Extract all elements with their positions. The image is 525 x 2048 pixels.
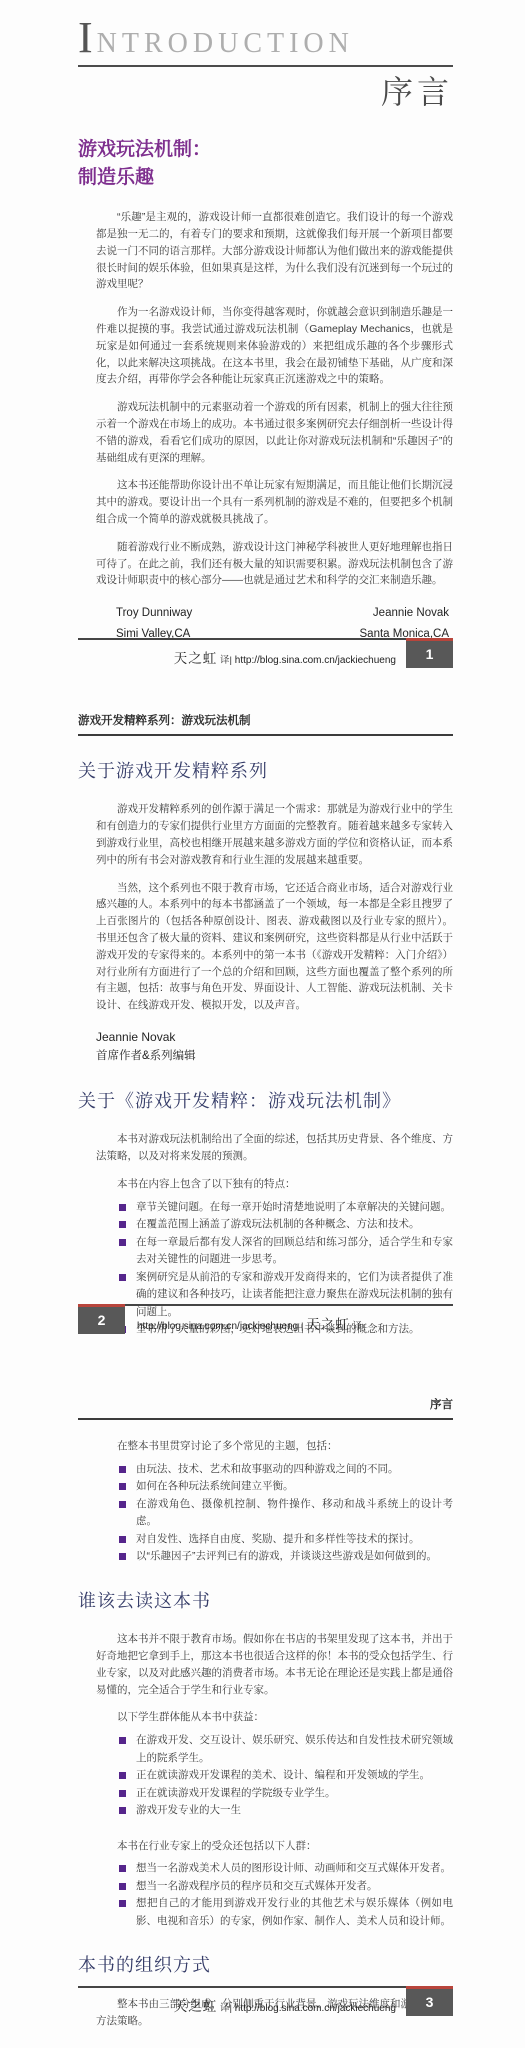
bullet-square-icon [119,1239,126,1246]
bullet-text: 在游戏角色、摄像机控制、物件操作、移动和战斗系统上的设计考虑。 [136,1498,453,1528]
bullet-text: 想当一名游戏美术人员的图形设计师、动画师和交互式媒体开发者。 [136,1862,451,1874]
document-canvas: INTRODUCTION 序言 游戏玩法机制： 制造乐趣 “乐趣”是主观的，游戏… [0,0,525,2048]
page-footer: 天之虹 译| http://blog.sina.com.cn/jackiechu… [78,1986,453,2016]
pro-group-item: 想当一名游戏美术人员的图形设计师、动画师和交互式媒体开发者。 [119,1860,453,1878]
page-2: 游戏开发精粹系列：游戏玩法机制 关于游戏开发精粹系列 游戏开发精粹系列的创作源于… [0,712,525,1334]
paragraph: 这本书并不限于教育市场。假如你在书店的书架里发现了这本书，并出于好奇地把它拿到手… [96,1631,453,1698]
bullet-square-icon [119,1466,126,1473]
pro-group-item: 想当一名游戏程序员的程序员和交互式媒体开发者。 [119,1878,453,1896]
who-paragraphs: 这本书并不限于教育市场。假如你在书店的书架里发现了这本书，并出于好奇地把它拿到手… [96,1631,453,1726]
bullet-square-icon [119,1483,126,1490]
bullet-text: 如何在各种玩法系统间建立平衡。 [136,1480,294,1492]
footer-url: http://blog.sina.com.cn/jackiechueng [137,1321,298,1332]
footer-url: http://blog.sina.com.cn/jackiechueng [235,2003,396,2014]
bullet-text: 想当一名游戏程序员的程序员和交互式媒体开发者。 [136,1880,378,1892]
bullet-text: 游戏开发专业的大一生 [136,1804,241,1816]
page-footer: 2 http://blog.sina.com.cn/jackiechueng |… [78,1304,453,1334]
translator-label: 译| [220,2003,232,2014]
paragraph: 本书对游戏玩法机制给出了全面的综述，包括其历史背景、各个维度、方法策略，以及对将… [96,1131,453,1165]
chapter-heading: INTRODUCTION [78,16,453,67]
signature-name: Troy Dunniway [116,603,192,624]
section-title-who: 谁该去读这本书 [78,1590,453,1613]
page-footer: 天之虹 译| http://blog.sina.com.cn/jackiechu… [78,638,453,668]
theme-item: 在游戏角色、摄像机控制、物件操作、移动和战斗系统上的设计考虑。 [119,1496,453,1531]
section-title-organization: 本书的组织方式 [78,1954,453,1977]
bullet-text: 正在就读游戏开发课程的美术、设计、编程和开发领域的学生。 [136,1769,430,1781]
paragraph: 本书在内容上包含了以下独有的特点： [96,1176,453,1193]
feature-item: 在覆盖范围上涵盖了游戏玩法机制的各种概念、方法和技术。 [119,1216,453,1234]
bullet-square-icon [119,1737,126,1744]
paragraph: 游戏玩法机制中的元素驱动着一个游戏的所有因素，机制上的强大往往预示着一个游戏在市… [96,399,453,466]
bullet-text: 对自发性、选择自由度、奖励、提升和多样性等技术的探讨。 [136,1533,420,1545]
series-paragraphs: 游戏开发精粹系列的创作源于满足一个需求：那就是为游戏行业中的学生和有创造力的专家… [96,801,453,1014]
pro-group-item: 想把自己的才能用到游戏开发行业的其他艺术与娱乐媒体（例如电影、电视和音乐）的专家… [119,1895,453,1930]
bullet-square-icon [119,1883,126,1890]
book-title: 游戏玩法机制： 制造乐趣 [78,136,453,191]
paragraph: 游戏开发精粹系列的创作源于满足一个需求：那就是为游戏行业中的学生和有创造力的专家… [96,801,453,868]
book-title-line1: 游戏玩法机制： [78,136,453,164]
author-title: 首席作者&系列编辑 [96,1047,453,1066]
bullet-square-icon [119,1536,126,1543]
bullet-square-icon [119,1274,126,1281]
translator-name: 天之虹 [174,1999,218,2014]
author-block: Jeannie Novak 首席作者&系列编辑 [96,1028,453,1066]
pros-intro-block: 本书在行业专家上的受众还包括以下人群： [96,1838,453,1855]
translator-label: 译 [353,1321,363,1332]
bullet-text: 想把自己的才能用到游戏开发行业的其他艺术与娱乐媒体（例如电影、电视和音乐）的专家… [136,1897,453,1927]
footer-separator: | [301,1321,303,1332]
page-number-badge: 1 [406,638,453,668]
student-group-item: 正在就读游戏开发课程的美术、设计、编程和开发领域的学生。 [119,1767,453,1785]
intro-paragraphs: “乐趣”是主观的，游戏设计师一直都很难创造它。我们设计的每一个游戏都是独一无二的… [96,209,453,589]
bullet-square-icon [119,1553,126,1560]
paragraph: 以下学生群体能从本书中获益： [96,1709,453,1726]
student-group-item: 游戏开发专业的大一生 [119,1802,453,1820]
bullet-square-icon [119,1204,126,1211]
bullet-text: 在游戏开发、交互设计、娱乐研究、娱乐传达和自发性技术研究领域上的院系学生。 [136,1734,453,1764]
translator-label: 译| [220,655,232,666]
bullet-text: 以“乐趣因子”去评判已有的游戏，并谈谈这些游戏是如何做到的。 [136,1550,437,1562]
page-1: INTRODUCTION 序言 游戏玩法机制： 制造乐趣 “乐趣”是主观的，游戏… [0,16,525,668]
page-3: 序言 在整本书里贯穿讨论了多个常见的主题，包括： 由玩法、技术、艺术和故事驱动的… [0,1396,525,2016]
chapter-heading-initial: I [78,13,97,62]
translator-name: 天之虹 [306,1317,350,1332]
paragraph: 作为一名游戏设计师，当你变得越客观时，你就越会意识到制造乐趣是一件难以捉摸的事。… [96,304,453,388]
bullet-text: 在覆盖范围上涵盖了游戏玩法机制的各种概念、方法和技术。 [136,1218,420,1230]
footer-credit: http://blog.sina.com.cn/jackiechueng | 天… [125,1304,453,1333]
page-number-badge: 2 [78,1304,125,1334]
paragraph: 在整本书里贯穿讨论了多个常见的主题，包括： [96,1438,453,1455]
footer-credit: 天之虹 译| http://blog.sina.com.cn/jackiechu… [78,1986,406,2015]
paragraph: 当然，这个系列也不限于教育市场，它还适合商业市场，适合对游戏行业感兴趣的人。本系… [96,880,453,1014]
paragraph: “乐趣”是主观的，游戏设计师一直都很难创造它。我们设计的每一个游戏都是独一无二的… [96,209,453,293]
bullet-square-icon [119,1807,126,1814]
page-number-badge: 3 [406,1986,453,2016]
chapter-heading-rest: NTRODUCTION [97,28,354,59]
paragraph: 本书在行业专家上的受众还包括以下人群： [96,1838,453,1855]
bullet-square-icon [119,1790,126,1797]
feature-item: 在每一章最后都有发人深省的回顾总结和练习部分，适合学生和专家去对关键性的问题进一… [119,1234,453,1269]
student-group-item: 在游戏开发、交互设计、娱乐研究、娱乐传达和自发性技术研究领域上的院系学生。 [119,1732,453,1767]
chapter-heading-cn: 序言 [78,75,453,110]
theme-item: 如何在各种玩法系统间建立平衡。 [119,1478,453,1496]
bullet-square-icon [119,1772,126,1779]
about-paragraphs: 本书对游戏玩法机制给出了全面的综述，包括其历史背景、各个维度、方法策略，以及对将… [96,1131,453,1192]
feature-item: 章节关键问题。在每一章开始时清楚地说明了本章解决的关键问题。 [119,1199,453,1217]
section-title-series: 关于游戏开发精粹系列 [78,760,453,783]
section-title-about: 关于《游戏开发精粹：游戏玩法机制》 [78,1090,453,1113]
book-title-line2: 制造乐趣 [78,164,453,192]
themes-intro-block: 在整本书里贯穿讨论了多个常见的主题，包括： [96,1438,453,1455]
author-name: Jeannie Novak [96,1028,453,1047]
pro-group-list: 想当一名游戏美术人员的图形设计师、动画师和交互式媒体开发者。想当一名游戏程序员的… [119,1860,453,1930]
paragraph: 这本书还能帮助你设计出不单让玩家有短期满足，而且能让他们长期沉浸其中的游戏。要设… [96,477,453,527]
bullet-square-icon [119,1900,126,1907]
bullet-square-icon [119,1221,126,1228]
theme-item: 以“乐趣因子”去评判已有的游戏，并谈谈这些游戏是如何做到的。 [119,1548,453,1566]
signature-name: Jeannie Novak [360,603,450,624]
bullet-square-icon [119,1501,126,1508]
bullet-text: 在每一章最后都有发人深省的回顾总结和练习部分，适合学生和专家去对关键性的问题进一… [136,1236,453,1266]
running-header: 游戏开发精粹系列：游戏玩法机制 [78,712,453,736]
student-group-item: 正在就读游戏开发课程的学院级专业学生。 [119,1785,453,1803]
running-header: 序言 [78,1396,453,1420]
theme-item: 由玩法、技术、艺术和故事驱动的四种游戏之间的不同。 [119,1461,453,1479]
translator-name: 天之虹 [174,651,218,666]
paragraph: 随着游戏行业不断成熟，游戏设计这门神秘学科被世人更好地理解也指日可待了。在此之前… [96,539,453,589]
bullet-text: 由玩法、技术、艺术和故事驱动的四种游戏之间的不同。 [136,1463,399,1475]
footer-url: http://blog.sina.com.cn/jackiechueng [235,655,396,666]
bullet-text: 正在就读游戏开发课程的学院级专业学生。 [136,1787,336,1799]
student-group-list: 在游戏开发、交互设计、娱乐研究、娱乐传达和自发性技术研究领域上的院系学生。正在就… [119,1732,453,1820]
bullet-square-icon [119,1865,126,1872]
bullet-text: 章节关键问题。在每一章开始时清楚地说明了本章解决的关键问题。 [136,1201,451,1213]
theme-item: 对自发性、选择自由度、奖励、提升和多样性等技术的探讨。 [119,1531,453,1549]
theme-list: 由玩法、技术、艺术和故事驱动的四种游戏之间的不同。如何在各种玩法系统间建立平衡。… [119,1461,453,1566]
footer-credit: 天之虹 译| http://blog.sina.com.cn/jackiechu… [78,638,406,667]
